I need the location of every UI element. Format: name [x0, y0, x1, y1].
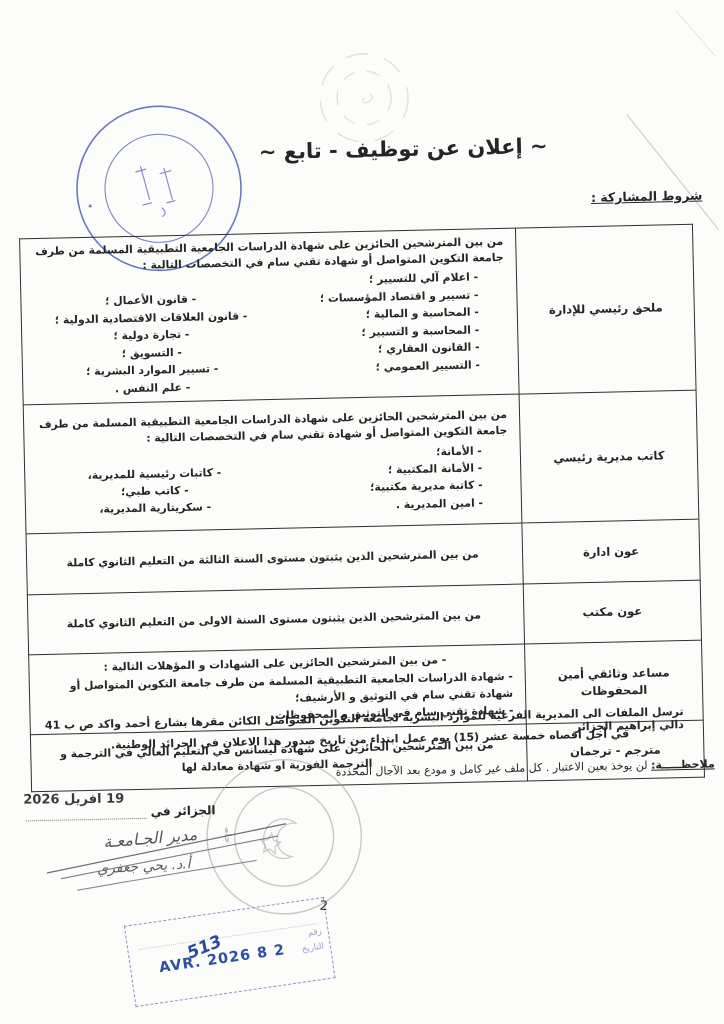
- document-sheet: ٭ جامعة التكوين المتواصل ٭ ~ إعلان عن تو…: [0, 0, 724, 1024]
- conditions-heading: شروط المشاركة :: [544, 188, 702, 206]
- arrival-rect-stamp: رقم التاريخ 513 2 8 AVR. 2026: [124, 897, 336, 1007]
- requirements-cell: من بين المترشحين الحائزين على شهادة الدر…: [23, 394, 522, 534]
- arrival-stamp-dotted-line: [136, 907, 317, 950]
- specialties-column-right: - اعلام آلي للتسيير ؛ - تسيير و اقتصاد ا…: [271, 268, 506, 394]
- handwritten-signature-strokes: [15, 801, 317, 908]
- page-title: ~ إعلان عن توظيف - تابع ~: [215, 133, 591, 165]
- table-row: ملحق رئيسي للإدارة من بين المترشحين الحا…: [20, 224, 696, 405]
- position-cell: عون مكتب: [523, 580, 701, 644]
- position-cell: عون ادارة: [522, 519, 700, 584]
- requirements-cell: من بين المترشحين الذين يثبتون مستوى السن…: [26, 523, 523, 595]
- arrival-date-label: التاريخ: [301, 940, 325, 958]
- specialties-lists: - الأمانة؛ - الأمانة المكتبية ؛ - كاتبة …: [33, 441, 509, 521]
- specialties-column-right: - الأمانة؛ - الأمانة المكتبية ؛ - كاتبة …: [275, 441, 509, 516]
- arrival-stamp-labels: رقم التاريخ: [299, 925, 325, 958]
- page-number: 2: [319, 899, 328, 915]
- spec-item: - التسيير العمومي ؛: [273, 356, 480, 378]
- table-row: كاتب مديرية رئيسي من بين المترشحين الحائ…: [23, 390, 699, 534]
- spec-item: - امين المديرية .: [276, 494, 483, 516]
- note-label: ملاحظـــــة:: [651, 757, 715, 771]
- blue-stamp-rim-text: ٭ جامعة التكوين المتواصل ٭: [51, 112, 97, 215]
- requirements-cell: من بين المترشحين الحائزين على شهادة الدر…: [20, 228, 520, 405]
- position-cell: كاتب مديرية رئيسي: [519, 390, 699, 523]
- specialties-column-left: - كاتبات رئيسية للمديرية، - كاتب طبي؛ - …: [33, 446, 277, 521]
- specialties-lists: - اعلام آلي للتسيير ؛ - تسيير و اقتصاد ا…: [29, 268, 507, 399]
- svg-text:٭ جامعة التكوين المتواصل ٭: ٭ جامعة التكوين المتواصل ٭: [51, 112, 97, 215]
- requirements-cell: من بين المترشحين الذين يثبتون مستوى السن…: [27, 584, 524, 655]
- position-cell: ملحق رئيسي للإدارة: [515, 224, 696, 394]
- scanned-document-page: ٭ جامعة التكوين المتواصل ٭ ~ إعلان عن تو…: [0, 0, 724, 1024]
- specialties-column-left: - قانون الأعمال ؛ - قانون العلاقات الاقت…: [29, 273, 274, 399]
- faint-round-stamp: [311, 45, 417, 151]
